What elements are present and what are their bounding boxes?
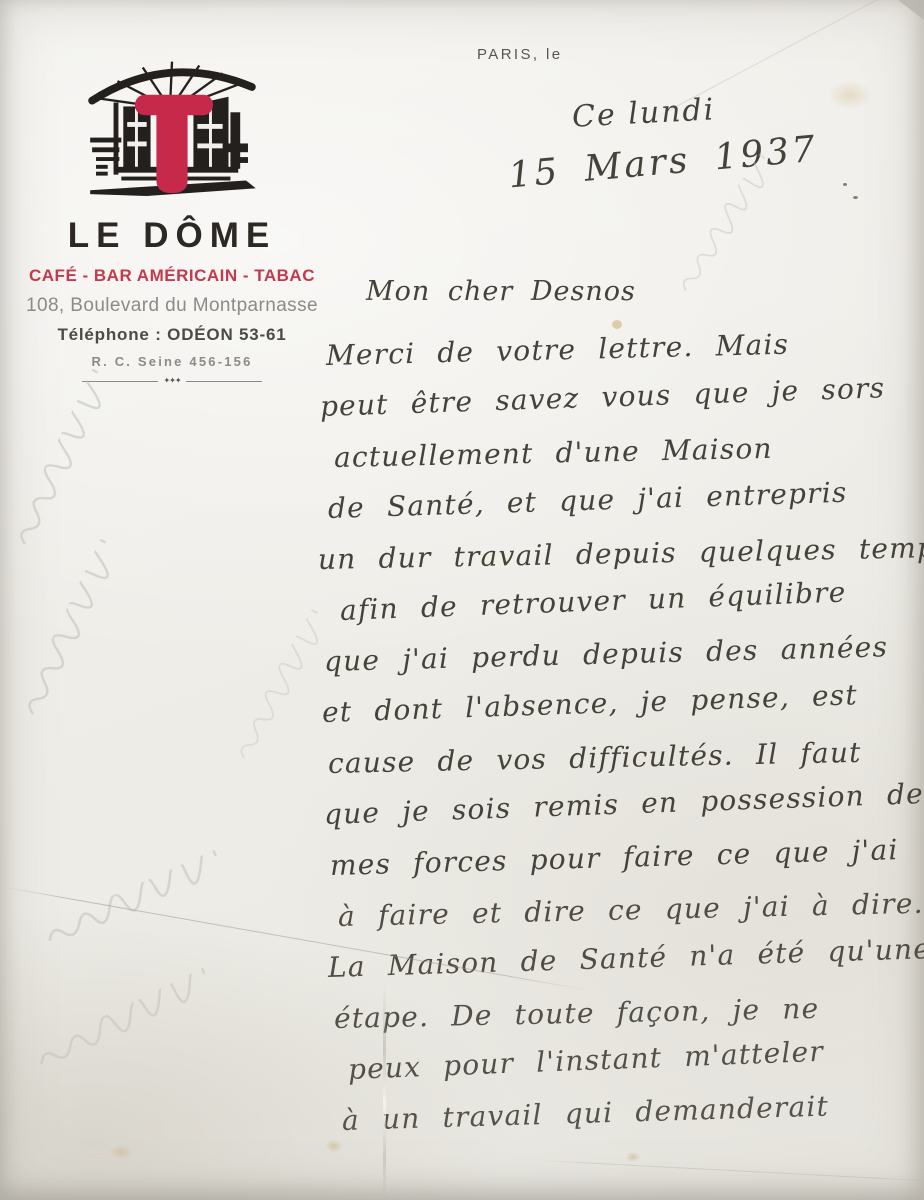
bleedthrough-mark	[0, 936, 281, 1091]
ink-speck	[843, 183, 847, 186]
stain	[828, 80, 872, 110]
divider-ornament-icon: ✦✦✦	[163, 377, 180, 385]
salutation: Mon cher Desnos	[366, 276, 636, 307]
divider-rule-right	[186, 381, 262, 382]
bleedthrough-mark	[17, 504, 141, 722]
printed-dateline: PARIS, le	[477, 46, 563, 63]
divider-rule-left	[82, 381, 158, 382]
cafe-address: 108, Boulevard du Montparnasse	[12, 295, 332, 317]
handwritten-date-line: 15 Mars 1937	[507, 129, 820, 197]
stain	[110, 1145, 132, 1159]
letterhead-divider: ✦✦✦	[82, 377, 262, 385]
cafe-phone: Téléphone : ODÉON 53-61	[12, 325, 332, 345]
letter-body: Merci de votre lettre. Mais peut être sa…	[326, 330, 911, 1146]
le-dome-cafe-logo-icon	[84, 48, 260, 198]
crease-line	[540, 1160, 924, 1182]
stain	[626, 1152, 640, 1162]
letterhead: LE DÔME CAFÉ - BAR AMÉRICAIN - TABAC 108…	[12, 48, 332, 385]
handwritten-day-line: Ce lundi	[571, 92, 716, 134]
paper-corner-fold	[898, 0, 924, 20]
cafe-registry-number: R. C. Seine 456-156	[12, 354, 332, 369]
cafe-name: LE DÔME	[12, 216, 332, 256]
cafe-subtitle: CAFÉ - BAR AMÉRICAIN - TABAC	[12, 266, 332, 286]
ink-speck	[853, 196, 858, 199]
bleedthrough-mark	[26, 828, 274, 958]
scanned-letter-page: LE DÔME CAFÉ - BAR AMÉRICAIN - TABAC 108…	[0, 0, 924, 1200]
